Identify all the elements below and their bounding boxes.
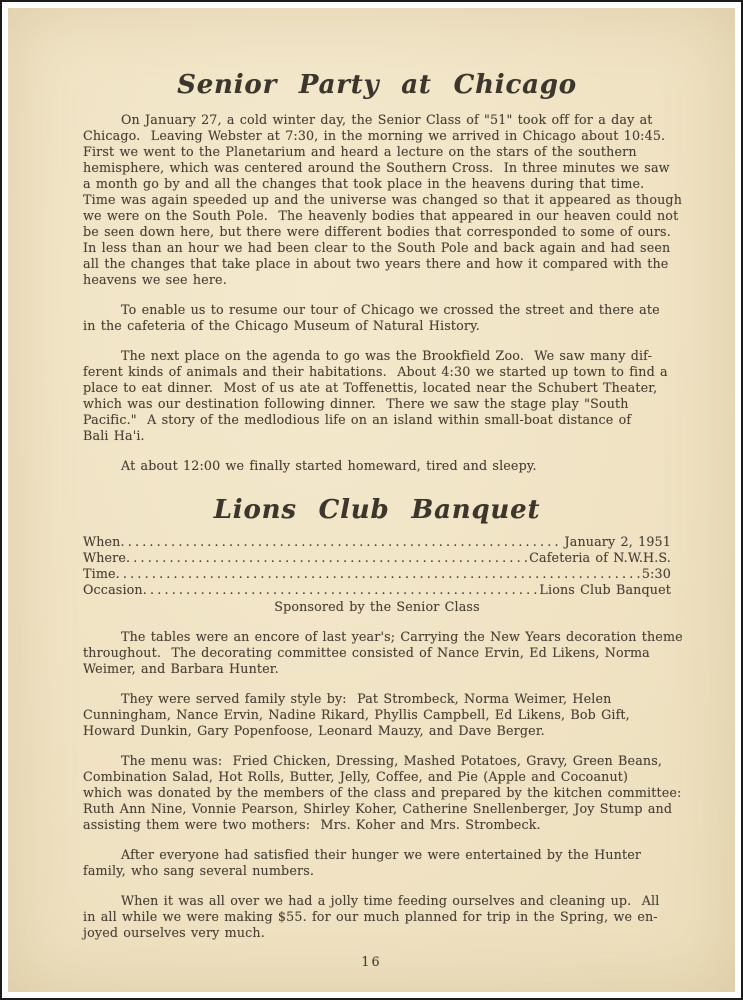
schedule-value: Lions Club Banquet xyxy=(539,582,671,598)
schedule-label: Occasion xyxy=(83,582,143,598)
sponsor-line: Sponsored by the Senior Class xyxy=(83,599,671,615)
schedule-row-when: When January 2, 1951 xyxy=(83,534,671,550)
article-title-lions-club-banquet: Lions Club Banquet xyxy=(83,495,671,525)
banquet-schedule: When January 2, 1951 WhereCafeteria of N… xyxy=(83,534,671,598)
paragraph-banquet-menu: The menu was: Fried Chicken, Dressing, M… xyxy=(83,753,671,833)
scanned-yearbook-page: Senior Party at Chicago On January 27, a… xyxy=(0,0,743,1000)
dot-leader xyxy=(121,534,563,550)
paragraph-senior-party-2: To enable us to resume our tour of Chica… xyxy=(83,302,671,334)
paragraph-banquet-cleanup: When it was all over we had a jolly time… xyxy=(83,893,671,941)
schedule-value: 5:30 xyxy=(642,566,671,582)
schedule-label: Time xyxy=(83,566,116,582)
page: Senior Party at Chicago On January 27, a… xyxy=(8,8,735,992)
dot-leader xyxy=(143,582,538,598)
paragraph-banquet-tables: The tables were an encore of last year's… xyxy=(83,629,671,677)
paragraph-banquet-servers: They were served family style by: Pat St… xyxy=(83,691,671,739)
paragraph-banquet-entertainment: After everyone had satisfied their hunge… xyxy=(83,847,671,879)
schedule-value: January 2, 1951 xyxy=(565,534,672,550)
schedule-label: When xyxy=(83,534,121,550)
paragraph-senior-party-3: The next place on the agenda to go was t… xyxy=(83,348,671,444)
dot-leader xyxy=(126,550,527,566)
schedule-value: Cafeteria of N.W.H.S. xyxy=(529,550,671,566)
dot-leader xyxy=(116,566,640,582)
schedule-label: Where xyxy=(83,550,126,566)
article-title-senior-party-at-chicago: Senior Party at Chicago xyxy=(83,70,671,100)
schedule-row-occasion: OccasionLions Club Banquet xyxy=(83,582,671,598)
page-number: 16 xyxy=(8,954,735,970)
schedule-row-time: Time5:30 xyxy=(83,566,671,582)
paragraph-senior-party-4: At about 12:00 we finally started homewa… xyxy=(83,458,671,474)
schedule-row-where: WhereCafeteria of N.W.H.S. xyxy=(83,550,671,566)
paragraph-senior-party-1: On January 27, a cold winter day, the Se… xyxy=(83,112,671,288)
